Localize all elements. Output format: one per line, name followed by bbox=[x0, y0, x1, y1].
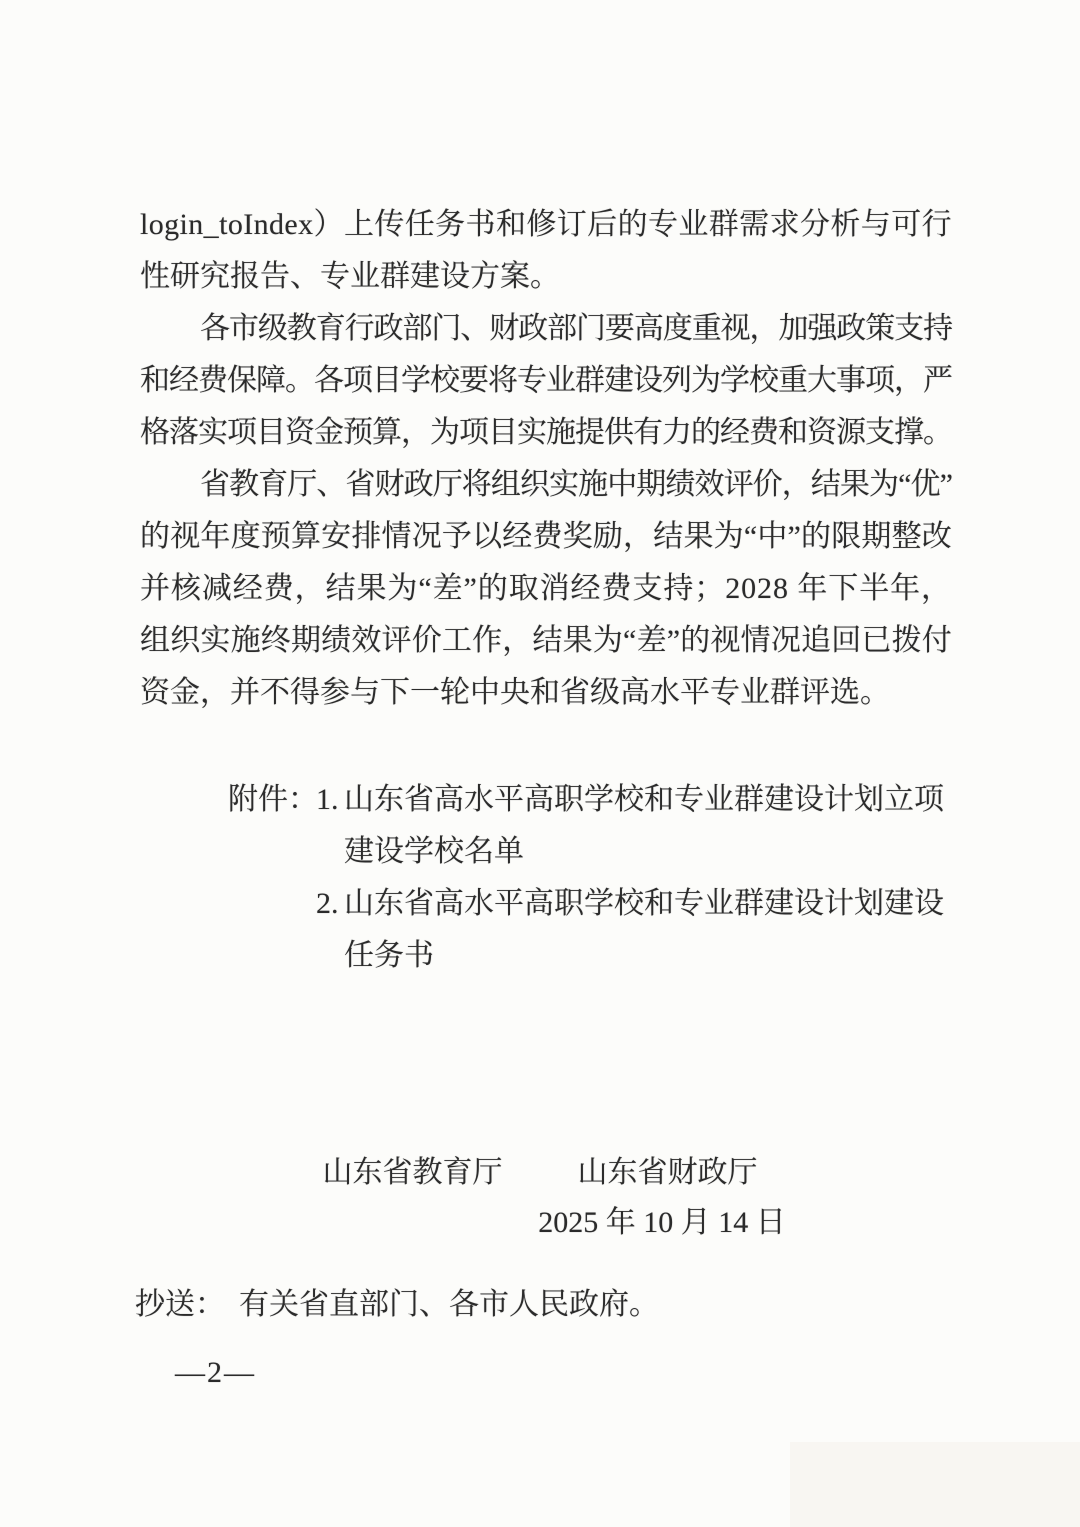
attachment-line: 1.山东省高水平高职学校和专业群建设计划立项 bbox=[316, 774, 944, 826]
document-page: login_toIndex）上传任务书和修订后的专业群需求分析与可行 性研究报告… bbox=[0, 0, 1080, 1527]
attachment-line: 建设学校名单 bbox=[316, 826, 944, 878]
attachment-text: 任务书 bbox=[344, 939, 434, 972]
body-line-text: 省教育厅、省财政厅将组织实施中期绩效评价，结果为“优” bbox=[200, 459, 952, 511]
body-line-text: 格落实项目资金预算，为项目实施提供有力的经费和资源支撑。 bbox=[140, 407, 952, 459]
body-line: 格落实项目资金预算，为项目实施提供有力的经费和资源支撑。 bbox=[140, 407, 952, 459]
body-line-text: login_toIndex）上传任务书和修订后的专业群需求分析与可行 bbox=[140, 199, 952, 251]
body-line-text: 各市级教育行政部门、财政部门要高度重视，加强政策支持 bbox=[200, 303, 952, 355]
body-line: 资金，并不得参与下一轮中央和省级高水平专业群评选。 bbox=[140, 667, 952, 719]
scan-artifact bbox=[790, 1442, 1080, 1527]
signoff-orgs: 山东省教育厅 山东省财政厅 bbox=[0, 1147, 1080, 1199]
body-line-text: 的视年度预算安排情况予以经费奖励，结果为“中”的限期整改 bbox=[140, 511, 952, 563]
body-line: 各市级教育行政部门、财政部门要高度重视，加强政策支持 bbox=[200, 303, 952, 355]
attachment-line: 任务书 bbox=[316, 930, 944, 982]
org-education: 山东省教育厅 bbox=[323, 1147, 503, 1199]
page-number: —2— bbox=[175, 1347, 256, 1399]
body-line-text: 并核减经费，结果为“差”的取消经费支持；2028 年下半年， bbox=[140, 563, 952, 615]
attachment-text: 山东省高水平高职学校和专业群建设计划建设 bbox=[344, 887, 944, 920]
attachments-block: 附件： 1.山东省高水平高职学校和专业群建设计划立项 建设学校名单 2.山东省高… bbox=[228, 774, 944, 982]
body-line-text: 资金，并不得参与下一轮中央和省级高水平专业群评选。 bbox=[140, 667, 890, 719]
attachment-line: 2.山东省高水平高职学校和专业群建设计划建设 bbox=[316, 878, 944, 930]
org-finance: 山东省财政厅 bbox=[578, 1147, 758, 1199]
attachment-text: 山东省高水平高职学校和专业群建设计划立项 bbox=[344, 783, 944, 816]
body-line: 性研究报告、专业群建设方案。 bbox=[140, 251, 952, 303]
attachment-number: 2. bbox=[316, 878, 344, 930]
body-line-text: 组织实施终期绩效评价工作，结果为“差”的视情况追回已拨付 bbox=[140, 615, 952, 667]
signoff-date-text: 2025 年 10 月 14 日 bbox=[538, 1197, 786, 1249]
body-line: 省教育厅、省财政厅将组织实施中期绩效评价，结果为“优” bbox=[200, 459, 952, 511]
cc-line: 抄送：有关省直部门、各市人民政府。 bbox=[135, 1279, 659, 1331]
cc-label: 抄送： bbox=[135, 1288, 225, 1321]
body-line-text: 性研究报告、专业群建设方案。 bbox=[140, 251, 560, 303]
body-line: 的视年度预算安排情况予以经费奖励，结果为“中”的限期整改 bbox=[140, 511, 952, 563]
body-line: 和经费保障。各项目学校要将专业群建设列为学校重大事项，严 bbox=[140, 355, 952, 407]
signoff-date: 2025 年 10 月 14 日 bbox=[0, 1197, 1080, 1249]
attachment-text: 建设学校名单 bbox=[344, 835, 524, 868]
body-line: 并核减经费，结果为“差”的取消经费支持；2028 年下半年， bbox=[140, 563, 952, 615]
body-line: 组织实施终期绩效评价工作，结果为“差”的视情况追回已拨付 bbox=[140, 615, 952, 667]
cc-text: 有关省直部门、各市人民政府。 bbox=[239, 1288, 659, 1321]
attachments-label: 附件： bbox=[228, 774, 318, 826]
body-line-text: 和经费保障。各项目学校要将专业群建设列为学校重大事项，严 bbox=[140, 355, 952, 407]
document-body: login_toIndex）上传任务书和修订后的专业群需求分析与可行 性研究报告… bbox=[140, 199, 952, 719]
attachment-number: 1. bbox=[316, 774, 344, 826]
body-line: login_toIndex）上传任务书和修订后的专业群需求分析与可行 bbox=[140, 199, 952, 251]
